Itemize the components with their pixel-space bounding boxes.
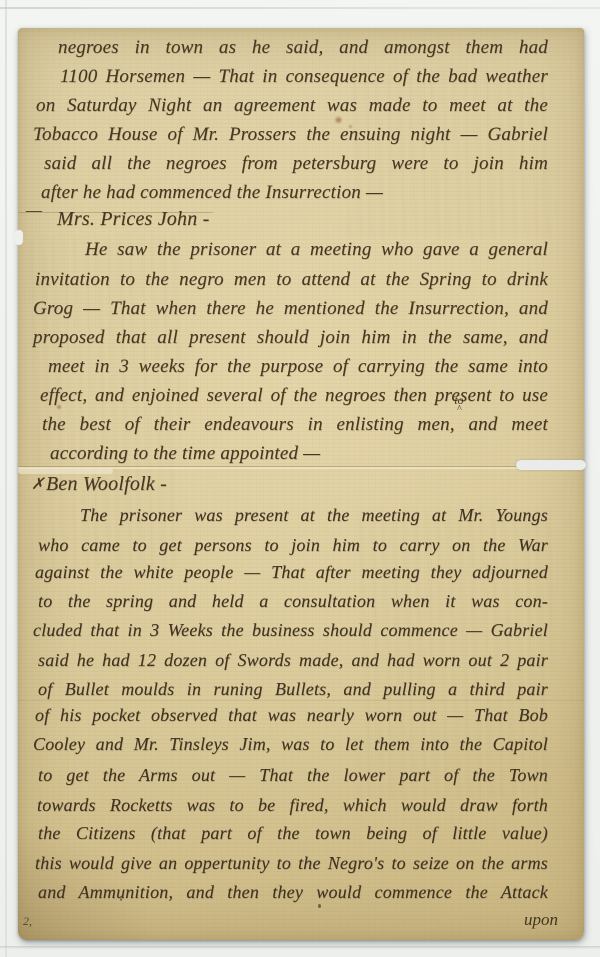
margin-cross: ✗ [31, 474, 44, 494]
witness-heading: Mrs. Prices John - [57, 206, 209, 232]
manuscript-line: 1100 Horsemen — That in consequence of t… [60, 64, 548, 90]
manuscript-line: negroes in town as he said, and amongst … [58, 35, 548, 61]
sleeve-edge-top [0, 7, 600, 9]
manuscript-line: against the white people — That after me… [35, 559, 548, 585]
manuscript-line: invitation to the negro men to attend at… [35, 267, 548, 293]
manuscript-line: Tobacco House of Mr. Prossers the ensuin… [33, 122, 548, 148]
manuscript-line: who came to get persons to join him to c… [38, 532, 548, 558]
sleeve-edge-left [5, 0, 7, 957]
manuscript-line: of his pocket observed that was nearly w… [35, 702, 548, 728]
manuscript-line: meet in 3 weeks for the purpose of carry… [48, 354, 548, 380]
manuscript-line: towards Rocketts was to be fired, which … [37, 792, 548, 818]
photo-background: negroes in town as he said, and amongst … [0, 0, 600, 957]
witness-heading: Ben Woolfolk - [46, 471, 167, 497]
manuscript-line: proposed that all present should join hi… [33, 325, 548, 351]
edge-chip [15, 230, 23, 245]
margin-dash: — [26, 200, 42, 221]
manuscript-line: and Ammunition, and then they would comm… [38, 879, 548, 905]
manuscript-line: this would give an oppertunity to the Ne… [35, 850, 548, 876]
manuscript-line: The prisoner was present at the meeting … [80, 502, 548, 528]
manuscript-line: the best of their endeavours in enlistin… [42, 412, 548, 438]
manuscript-line: to the spring and held a consultation wh… [38, 588, 548, 614]
tear-gap [516, 460, 586, 470]
manuscript-line: Grog — That when there he mentioned the … [33, 296, 548, 322]
manuscript-line: Cooley and Mr. Tinsleys Jim, was to let … [33, 731, 548, 757]
manuscript-line: of Bullet moulds in runing Bullets, and … [38, 676, 548, 702]
manuscript-line: said he had 12 dozen of Swords made, and… [38, 647, 548, 673]
manuscript-line: said all the negroes from petersburg wer… [44, 151, 548, 177]
manuscript-page: negroes in town as he said, and amongst … [18, 28, 584, 940]
insertion-caret: ^ [446, 405, 472, 414]
manuscript-line: on Saturday Night an agreement was made … [36, 93, 548, 119]
manuscript-line: cluded that in 3 Weeks the business shou… [33, 617, 548, 643]
manuscript-line: He saw the prisoner at a meeting who gav… [85, 237, 548, 263]
sleeve-edge-bottom [0, 946, 600, 949]
page-number-mark: 2, [23, 914, 32, 929]
interlinear-insertion: to ^ [446, 396, 472, 414]
manuscript-line: according to the time appointed — [50, 441, 320, 467]
manuscript-line: the Citizens (that part of the town bein… [38, 820, 548, 846]
manuscript-line: after he had commenced the Insurrection … [41, 180, 383, 206]
manuscript-line: to get the Arms out — That the lower par… [38, 762, 548, 788]
catchword: upon [524, 910, 558, 930]
